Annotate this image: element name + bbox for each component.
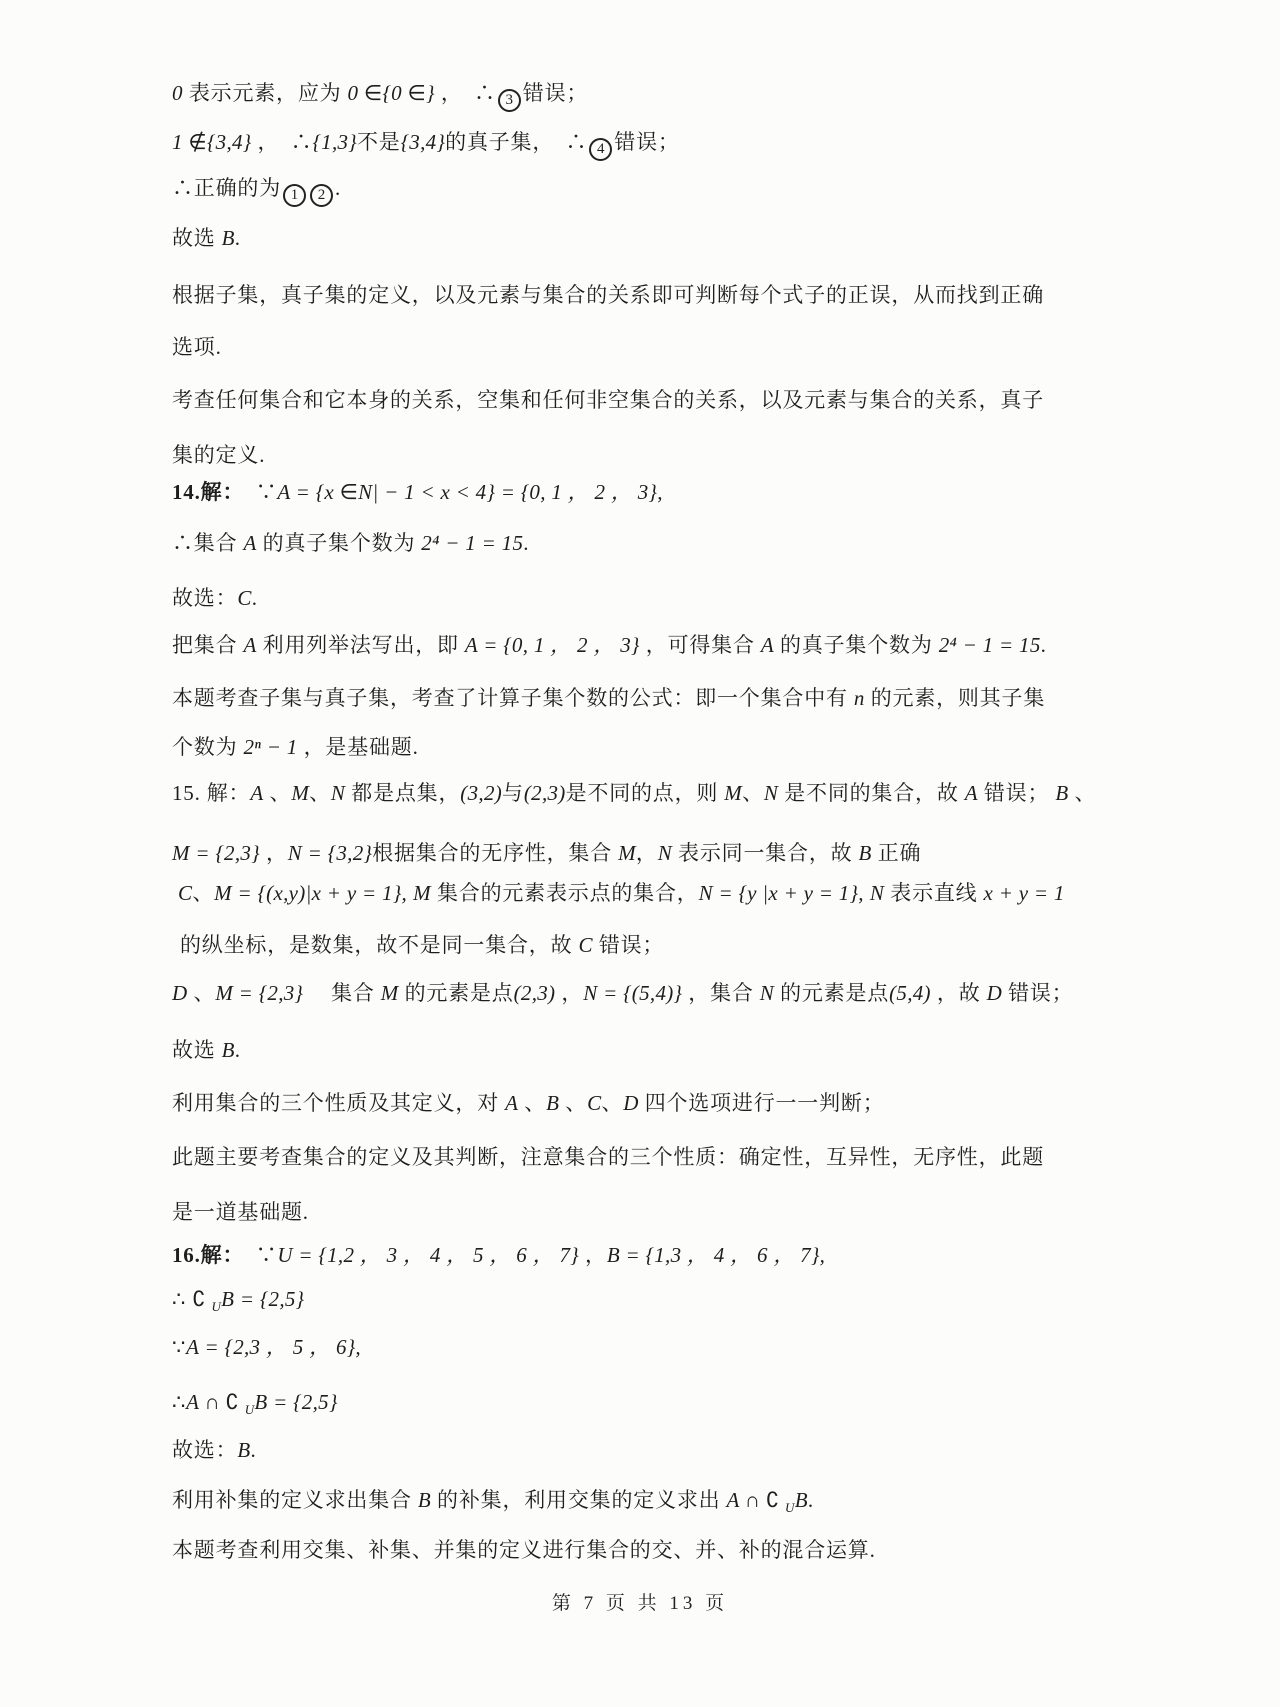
text-segment: 16. xyxy=(172,1243,201,1267)
text-segment: M xyxy=(291,781,309,805)
text-segment: M = {2,3} xyxy=(172,841,260,865)
text-line: 是一道基础题. xyxy=(172,1197,309,1227)
text-segment: B xyxy=(222,226,235,250)
text-line: C、M = {(x,y)|x + y = 1}, M 集合的元素表示点的集合，N… xyxy=(178,878,1065,908)
text-segment: 不是 xyxy=(357,130,401,154)
text-segment: 的元素，则其子集 xyxy=(865,686,1045,710)
text-segment: ，可得集合 xyxy=(640,633,761,657)
text-segment: A = {2,3 ， 5 ， 6}, xyxy=(186,1335,361,1359)
text-segment: C xyxy=(178,881,192,905)
text-line: 利用集合的三个性质及其定义，对 A 、B 、C、D 四个选项进行一一判断； xyxy=(172,1088,885,1118)
text-segment: 故选 xyxy=(172,1038,222,1062)
text-line: ∴ ∁ UB = {2,5} xyxy=(172,1284,304,1322)
text-segment: 此题主要考查集合的定义及其判断，注意集合的三个性质：确定性，互异性，无序性，此题 xyxy=(172,1145,1044,1169)
text-segment: A ∩ ∁ xyxy=(727,1488,786,1512)
text-segment: . xyxy=(235,1038,241,1062)
text-segment: C xyxy=(578,933,592,957)
text-segment: ， xyxy=(579,1243,607,1267)
document-page: 0 表示元素，应为 0 ∈{0 ∈} ， ∴3错误；1 ∉{3,4} ， ∴{1… xyxy=(0,0,1280,1707)
text-line: 故选 B. xyxy=(172,1035,241,1065)
text-line: 本题考查利用交集、补集、并集的定义进行集合的交、并、补的混合运算. xyxy=(172,1535,876,1565)
text-segment: 错误； xyxy=(593,933,664,957)
text-segment: ， xyxy=(636,841,658,865)
text-segment: B = {1,3 ， 4 ， 6 ， 7}, xyxy=(607,1243,825,1267)
text-segment: 是一道基础题. xyxy=(172,1200,309,1224)
text-line: 选项. xyxy=(172,332,222,362)
text-segment: 、 xyxy=(559,1091,587,1115)
text-segment: ，故 xyxy=(931,981,987,1005)
text-segment: M xyxy=(618,841,636,865)
text-segment: {1,3} xyxy=(312,130,357,154)
text-segment: 0 ∈{0 ∈} xyxy=(348,81,435,105)
text-segment: 根据集合的无序性，集合 xyxy=(372,841,618,865)
text-segment: ，是基础题. xyxy=(298,735,419,759)
text-segment: B xyxy=(1055,781,1068,805)
text-segment: M = {(x,y)|x + y = 1}, xyxy=(214,881,407,905)
text-segment: A xyxy=(505,1091,518,1115)
text-segment: 利用集合的三个性质及其定义，对 xyxy=(172,1091,505,1115)
text-segment: n xyxy=(854,686,865,710)
text-segment: x + y = 1 xyxy=(984,881,1065,905)
text-segment: 、 xyxy=(192,881,214,905)
text-segment: 故选： xyxy=(172,586,237,610)
text-segment: {3,4} xyxy=(401,130,446,154)
text-segment: D xyxy=(987,981,1002,1005)
text-segment: 、 xyxy=(1068,781,1096,805)
text-segment: 与 xyxy=(502,781,524,805)
page-footer: 第 7 页 共 13 页 xyxy=(0,1588,1280,1615)
text-line: ∴正确的为12. xyxy=(172,173,341,207)
text-segment: 个数为 xyxy=(172,735,243,759)
text-segment: U xyxy=(245,1402,255,1417)
text-segment: B = {2,5} xyxy=(221,1287,304,1311)
text-segment: A = {x ∈N| − 1 < x < 4} = {0, 1 ， 2 ， 3}… xyxy=(277,480,662,504)
text-segment: 解： xyxy=(201,480,234,504)
circled-number: 1 xyxy=(283,184,306,207)
text-segment: 集的定义. xyxy=(172,443,265,467)
text-segment: N = {3,2} xyxy=(288,841,372,865)
text-segment: A xyxy=(965,781,978,805)
text-segment: 2⁴ − 1 = 15 xyxy=(939,633,1041,657)
text-segment: B xyxy=(222,1038,235,1062)
text-segment: 故选： xyxy=(172,1438,237,1462)
text-segment: 、 xyxy=(309,781,331,805)
text-line: 根据子集，真子集的定义，以及元素与集合的关系即可判断每个式子的正误，从而找到正确 xyxy=(172,280,1044,310)
text-segment: M xyxy=(381,981,399,1005)
text-segment: 根据子集，真子集的定义，以及元素与集合的关系即可判断每个式子的正误，从而找到正确 xyxy=(172,283,1044,307)
text-segment: 14. xyxy=(172,480,201,504)
text-segment: 集合 xyxy=(303,981,381,1005)
text-segment: 本题考查子集与真子集，考查了计算子集个数的公式：即一个集合中有 xyxy=(172,686,854,710)
text-line: 15. 解：A 、M、N 都是点集，(3,2)与(2,3)是不同的点，则 M、N… xyxy=(172,778,1096,808)
text-segment: 0 xyxy=(172,81,183,105)
text-segment: 表示直线 xyxy=(884,881,983,905)
text-line: ∵A = {2,3 ， 5 ， 6}, xyxy=(172,1332,361,1362)
text-segment: ， xyxy=(555,981,583,1005)
text-segment: A xyxy=(761,633,774,657)
text-segment: B xyxy=(418,1488,431,1512)
text-segment: 的元素是点 xyxy=(399,981,514,1005)
text-line: M = {2,3} ，N = {3,2}根据集合的无序性，集合 M，N 表示同一… xyxy=(172,838,921,868)
text-segment: . xyxy=(1041,633,1047,657)
text-line: ∴集合 A 的真子集个数为 2⁴ − 1 = 15. xyxy=(172,528,529,558)
text-segment: ， ∴ xyxy=(252,130,313,154)
text-line: ∴A ∩ ∁ UB = {2,5} xyxy=(172,1387,338,1425)
text-line: 集的定义. xyxy=(172,440,265,470)
text-segment: 的纵坐标，是数集，故不是同一集合，故 xyxy=(180,933,578,957)
text-segment: 错误； xyxy=(1002,981,1073,1005)
text-segment: 错误； xyxy=(523,81,588,105)
circled-number: 4 xyxy=(589,138,612,161)
text-segment: C xyxy=(587,1091,601,1115)
text-segment: ∁ xyxy=(192,1287,211,1311)
circled-number: 2 xyxy=(310,184,333,207)
text-segment: 的补集，利用交集的定义求出 xyxy=(431,1488,727,1512)
text-segment: 2ⁿ − 1 xyxy=(243,735,297,759)
text-line: 此题主要考查集合的定义及其判断，注意集合的三个性质：确定性，互异性，无序性，此题 xyxy=(172,1142,1044,1172)
text-segment: D xyxy=(623,1091,638,1115)
text-segment: M = {2,3} xyxy=(215,981,303,1005)
text-segment: 、 xyxy=(601,1091,623,1115)
text-segment: 错误； xyxy=(614,130,679,154)
text-segment: 利用补集的定义求出集合 xyxy=(172,1488,418,1512)
text-line: 1 ∉{3,4} ， ∴{1,3}不是{3,4}的真子集， ∴4错误； xyxy=(172,127,680,161)
text-segment: . xyxy=(235,226,241,250)
text-segment: ∵ xyxy=(234,1243,278,1267)
text-segment: 、 xyxy=(187,981,215,1005)
text-line: 的纵坐标，是数集，故不是同一集合，故 C 错误； xyxy=(180,930,664,960)
text-segment: (2,3) xyxy=(514,981,556,1005)
text-segment: A xyxy=(243,531,256,555)
text-segment: B xyxy=(237,1438,250,1462)
text-segment: N xyxy=(764,781,778,805)
text-segment: B xyxy=(546,1091,559,1115)
text-segment: ，集合 xyxy=(682,981,760,1005)
text-segment: 故选 xyxy=(172,226,222,250)
text-segment: ∵ xyxy=(172,1335,186,1359)
text-line: 考查任何集合和它本身的关系，空集和任何非空集合的关系，以及元素与集合的关系，真子 xyxy=(172,385,1044,415)
text-segment: (3,2) xyxy=(460,781,502,805)
text-segment: 的元素是点 xyxy=(774,981,889,1005)
text-segment: ∴正确的为 xyxy=(172,176,281,200)
text-segment: 错误； xyxy=(978,781,1056,805)
text-line: 故选：C. xyxy=(172,583,258,613)
text-segment: N xyxy=(331,781,345,805)
text-segment: 的真子集个数为 xyxy=(774,633,939,657)
text-segment: . xyxy=(808,1488,814,1512)
text-segment: 利用列举法写出，即 xyxy=(257,633,465,657)
text-segment: A xyxy=(250,781,263,805)
text-segment: 2⁴ − 1 = 15 xyxy=(421,531,523,555)
text-segment: N xyxy=(760,981,774,1005)
text-segment: U = {1,2 ， 3 ， 4 ， 5 ， 6 ， 7} xyxy=(277,1243,579,1267)
circled-number: 3 xyxy=(498,89,521,112)
text-segment: ∴ xyxy=(172,1390,186,1414)
text-segment: U xyxy=(211,1299,221,1314)
text-segment: B xyxy=(795,1488,808,1512)
text-segment: 正确 xyxy=(872,841,922,865)
text-segment: 都是点集， xyxy=(345,781,460,805)
text-line: 16.解： ∵U = {1,2 ， 3 ， 4 ， 5 ， 6 ， 7} ，B … xyxy=(172,1240,825,1270)
text-segment: 集合的元素表示点的集合， xyxy=(431,881,699,905)
text-segment: 1 ∉{3,4} xyxy=(172,130,252,154)
text-segment: 表示元素，应为 xyxy=(183,81,348,105)
text-segment: 15. 解： xyxy=(172,781,250,805)
text-segment: M xyxy=(724,781,742,805)
text-segment: ， ∴ xyxy=(435,81,496,105)
text-segment: 本题考查利用交集、补集、并集的定义进行集合的交、并、补的混合运算. xyxy=(172,1538,876,1562)
text-line: 个数为 2ⁿ − 1 ，是基础题. xyxy=(172,732,419,762)
text-segment: N = {y |x + y = 1}, xyxy=(699,881,864,905)
text-segment: (2,3) xyxy=(524,781,566,805)
text-segment: N = {(5,4)} xyxy=(583,981,682,1005)
text-segment: 的真子集， ∴ xyxy=(445,130,587,154)
text-segment: . xyxy=(252,586,258,610)
text-segment: 是不同的集合，故 xyxy=(778,781,965,805)
text-line: 本题考查子集与真子集，考查了计算子集个数的公式：即一个集合中有 n 的元素，则其… xyxy=(172,683,1045,713)
text-segment: 把集合 xyxy=(172,633,243,657)
text-segment: N xyxy=(870,881,884,905)
text-segment: A xyxy=(243,633,256,657)
text-segment: 、 xyxy=(742,781,764,805)
text-segment: A ∩ ∁ xyxy=(186,1390,245,1414)
text-segment: N xyxy=(658,841,672,865)
text-segment: . xyxy=(251,1438,257,1462)
text-segment: B = {2,5} xyxy=(254,1390,337,1414)
text-segment: 、 xyxy=(518,1091,546,1115)
text-segment: 四个选项进行一一判断； xyxy=(639,1091,885,1115)
text-segment: C xyxy=(237,586,251,610)
text-segment: M xyxy=(413,881,431,905)
text-segment: 、 xyxy=(263,781,291,805)
text-line: 故选 B. xyxy=(172,223,241,253)
text-segment: ∴ xyxy=(172,1287,192,1311)
text-segment: 表示同一集合，故 xyxy=(672,841,859,865)
text-segment: 考查任何集合和它本身的关系，空集和任何非空集合的关系，以及元素与集合的关系，真子 xyxy=(172,388,1044,412)
text-segment: 的真子集个数为 xyxy=(257,531,422,555)
text-segment: 是不同的点，则 xyxy=(566,781,725,805)
text-line: D 、M = {2,3} 集合 M 的元素是点(2,3) ，N = {(5,4)… xyxy=(172,978,1073,1008)
text-segment: A = {0, 1 ， 2 ， 3} xyxy=(465,633,640,657)
text-segment: 选项. xyxy=(172,335,222,359)
text-line: 利用补集的定义求出集合 B 的补集，利用交集的定义求出 A ∩ ∁ UB. xyxy=(172,1485,814,1523)
text-segment: (5,4) xyxy=(889,981,931,1005)
text-line: 14.解： ∵A = {x ∈N| − 1 < x < 4} = {0, 1 ，… xyxy=(172,477,663,507)
text-segment: 解： xyxy=(201,1243,234,1267)
text-segment: . xyxy=(523,531,529,555)
text-line: 把集合 A 利用列举法写出，即 A = {0, 1 ， 2 ， 3} ，可得集合… xyxy=(172,630,1047,660)
text-segment: ∴集合 xyxy=(172,531,243,555)
text-segment: ∵ xyxy=(234,480,278,504)
text-segment: U xyxy=(785,1500,795,1515)
text-line: 0 表示元素，应为 0 ∈{0 ∈} ， ∴3错误； xyxy=(172,78,588,112)
text-segment: ， xyxy=(260,841,288,865)
text-segment: D xyxy=(172,981,187,1005)
text-line: 故选：B. xyxy=(172,1435,257,1465)
text-segment: . xyxy=(335,176,341,200)
text-segment: B xyxy=(859,841,872,865)
